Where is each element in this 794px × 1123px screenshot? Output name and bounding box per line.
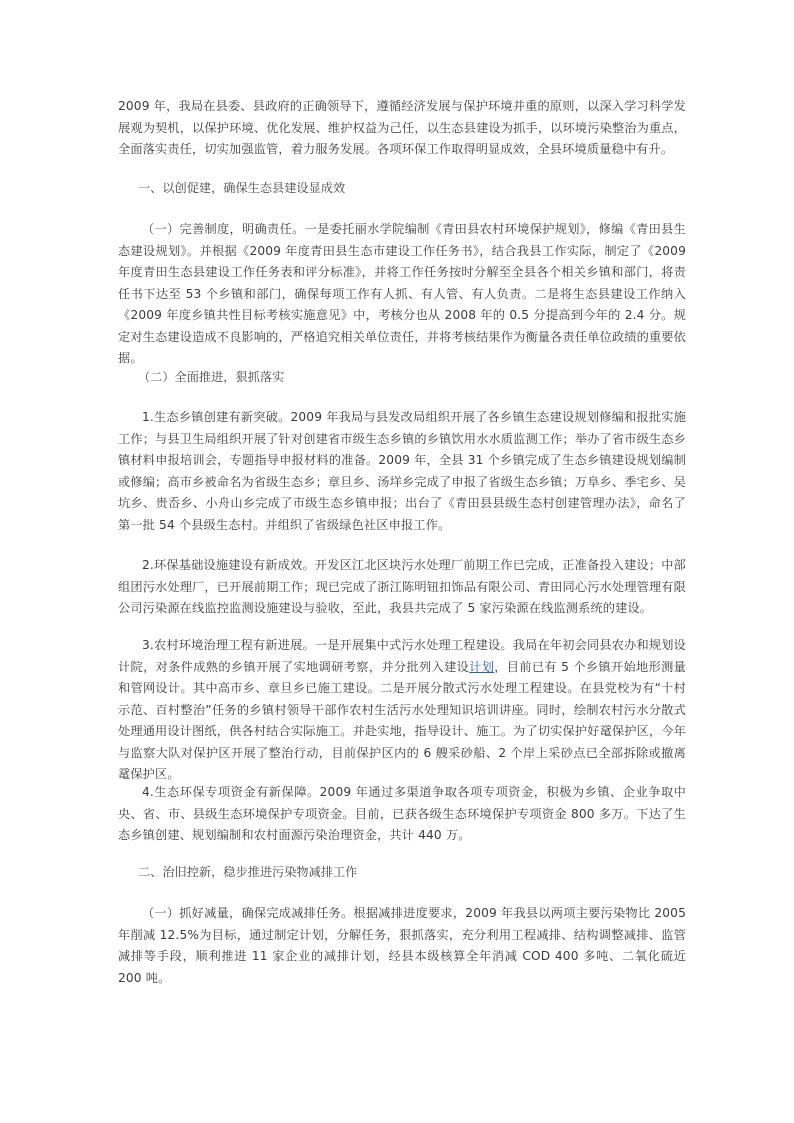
plan-link[interactable]: 计划 [469, 660, 494, 674]
section-heading-1: 一、以创促建，确保生态县建设显成效 [118, 178, 686, 200]
section-1-sub-2-heading: （二）全面推进，狠抓落实 [118, 367, 686, 389]
section-1-item-3-paragraph: 3.农村环境治理工程有新进展。一是开展集中式污水处理工程建设。我局在年初会同县农… [118, 635, 686, 786]
section-2-sub-1-paragraph: （一）抓好减量，确保完成减排任务。根据减排进度要求，2009 年我县以两项主要污… [118, 903, 686, 989]
section-1-item-4-paragraph: 4.生态环保专项资金有新保障。2009 年通过多渠道争取各项专项资金，积极为乡镇… [118, 782, 686, 847]
section-heading-2: 二、治旧控新，稳步推进污染物减排工作 [118, 862, 686, 884]
item-3-text-after-link: ，目前已有 5 个乡镇开始地形测量和管网设计。其中高市乡、章旦乡已施工建设。二是… [118, 660, 686, 782]
section-1-sub-1-paragraph: （一）完善制度，明确责任。一是委托丽水学院编制《青田县农村环境保护规划》，修编《… [118, 219, 686, 370]
section-1-item-2-paragraph: 2.环保基础设施建设有新成效。开发区江北区块污水处理厂前期工作已完成，正准备投入… [118, 555, 686, 620]
section-1-item-1-paragraph: 1.生态乡镇创建有新突破。2009 年我局与县发改局组织开展了各乡镇生态建设规划… [118, 407, 686, 536]
intro-paragraph: 2009 年，我局在县委、县政府的正确领导下，遵循经济发展与保护环境并重的原则，… [118, 96, 686, 161]
